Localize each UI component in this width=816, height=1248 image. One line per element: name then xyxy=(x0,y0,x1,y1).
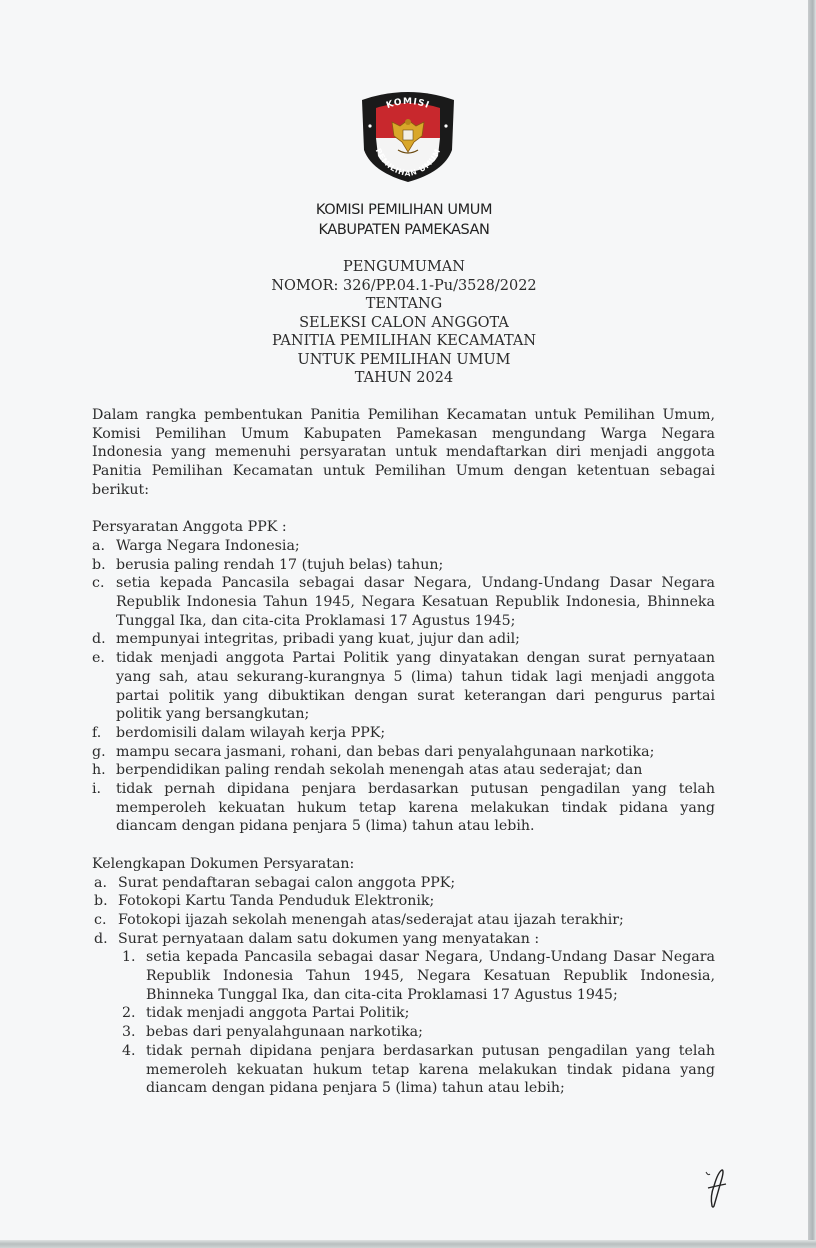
intro-paragraph: Dalam rangka pembentukan Panitia Pemilih… xyxy=(92,406,715,500)
list-item: 2.tidak menjadi anggota Partai Politik; xyxy=(116,1004,715,1023)
announcement-number: NOMOR: 326/PP.04.1-Pu/3528/2022 xyxy=(0,277,808,296)
list-item: a.Warga Negara Indonesia; xyxy=(92,537,715,556)
list-item: i.tidak pernah dipidana penjara berdasar… xyxy=(92,780,715,836)
documents-list: a.Surat pendaftaran sebagai calon anggot… xyxy=(94,874,715,949)
list-item: d.mempunyai integritas, pribadi yang kua… xyxy=(92,630,715,649)
initial-signature-icon xyxy=(700,1166,740,1210)
announcement-about: TENTANG xyxy=(0,295,808,314)
requirements-label: Persyaratan Anggota PPK : xyxy=(92,518,715,537)
list-item: 1.setia kepada Pancasila sebagai dasar N… xyxy=(116,948,715,1004)
list-item: b.Fotokopi Kartu Tanda Penduduk Elektron… xyxy=(94,892,715,911)
scan-edge-bottom xyxy=(0,1240,816,1248)
list-item: d.Surat pernyataan dalam satu dokumen ya… xyxy=(94,930,715,949)
announcement-subject-line1: SELEKSI CALON ANGGOTA xyxy=(0,314,808,333)
list-item: h.berpendidikan paling rendah sekolah me… xyxy=(92,761,715,780)
organization-name: KOMISI PEMILIHAN UMUM xyxy=(0,202,808,218)
list-item: e.tidak menjadi anggota Partai Politik y… xyxy=(92,649,715,724)
document-page: KOMISI PEMILIHAN UMUM KOMISI PEMILIHAN U… xyxy=(0,0,808,1240)
list-item: c.Fotokopi ijazah sekolah menengah atas/… xyxy=(94,911,715,930)
list-item: 4.tidak pernah dipidana penjara berdasar… xyxy=(116,1042,715,1098)
document-body: Dalam rangka pembentukan Panitia Pemilih… xyxy=(92,406,715,1098)
documents-label: Kelengkapan Dokumen Persyaratan: xyxy=(92,855,715,874)
list-item: a.Surat pendaftaran sebagai calon anggot… xyxy=(94,874,715,893)
list-item: b.berusia paling rendah 17 (tujuh belas)… xyxy=(92,556,715,575)
kpu-logo: KOMISI PEMILIHAN UMUM xyxy=(356,86,460,184)
organization-regency: KABUPATEN PAMEKASAN xyxy=(0,222,808,238)
list-item: f.berdomisili dalam wilayah kerja PPK; xyxy=(92,724,715,743)
list-item: c.setia kepada Pancasila sebagai dasar N… xyxy=(92,574,715,630)
statements-list: 1.setia kepada Pancasila sebagai dasar N… xyxy=(116,948,715,1098)
announcement-subject-line2: PANITIA PEMILIHAN KECAMATAN xyxy=(0,332,808,351)
announcement-year: TAHUN 2024 xyxy=(0,369,808,388)
announcement-subject-line3: UNTUK PEMILIHAN UMUM xyxy=(0,351,808,370)
scan-edge-right xyxy=(808,0,816,1248)
requirements-list: a.Warga Negara Indonesia; b.berusia pali… xyxy=(92,537,715,836)
announcement-heading: PENGUMUMAN xyxy=(0,258,808,277)
list-item: 3.bebas dari penyalahgunaan narkotika; xyxy=(116,1023,715,1042)
list-item: g.mampu secara jasmani, rohani, dan beba… xyxy=(92,743,715,762)
